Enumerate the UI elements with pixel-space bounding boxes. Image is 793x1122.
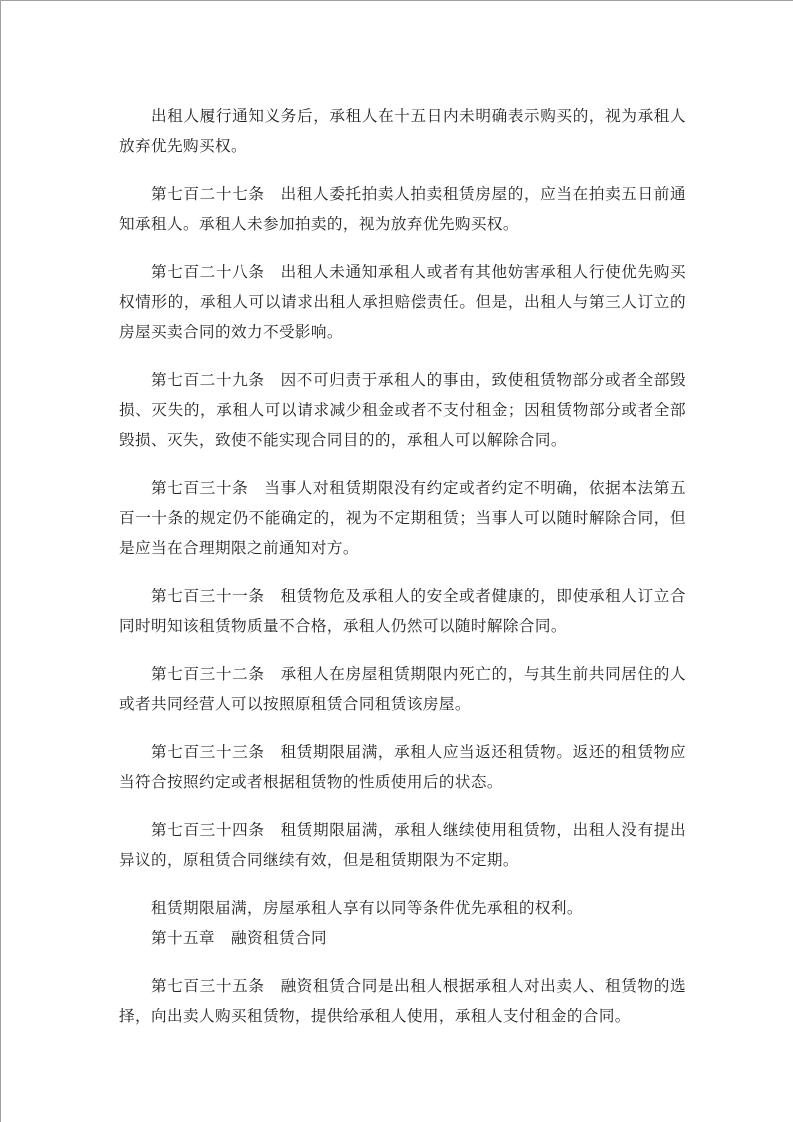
document-page: 出租人履行通知义务后，承租人在十五日内未明确表示购买的，视为承租人放弃优先购买权… [0,0,793,1122]
article-number: 第七百二十九条 [151,371,265,389]
chapter-title: 融资租赁合同 [231,929,327,947]
article-733: 第七百三十三条租赁期限届满，承租人应当返还租赁物。返还的租赁物应当符合按照约定或… [119,737,686,797]
document-body: 出租人履行通知义务后，承租人在十五日内未明确表示购买的，视为承租人放弃优先购买权… [119,101,686,1049]
article-number: 第七百三十条 [151,479,248,497]
chapter-heading: 第十五章融资租赁合同 [119,923,686,953]
paragraph-text: 租赁期限届满，房屋承租人享有以同等条件优先承租的权利。 [151,899,583,917]
article-727: 第七百二十七条出租人委托拍卖人拍卖租赁房屋的，应当在拍卖五日前通知承租人。承租人… [119,179,686,239]
article-731: 第七百三十一条租赁物危及承租人的安全或者健康的，即使承租人订立合同时明知该租赁物… [119,581,686,641]
article-730: 第七百三十条当事人对租赁期限没有约定或者约定不明确，依据本法第五百一十条的规定仍… [119,473,686,563]
article-number: 第七百二十八条 [151,263,265,281]
article-735: 第七百三十五条融资租赁合同是出租人根据承租人对出卖人、租赁物的选择，向出卖人购买… [119,971,686,1031]
article-number: 第七百三十五条 [151,977,265,995]
paragraph: 出租人履行通知义务后，承租人在十五日内未明确表示购买的，视为承租人放弃优先购买权… [119,101,686,161]
article-728: 第七百二十八条出租人未通知承租人或者有其他妨害承租人行使优先购买权情形的，承租人… [119,257,686,347]
article-number: 第七百三十一条 [151,587,265,605]
article-number: 第七百三十二条 [151,665,265,683]
article-734: 第七百三十四条租赁期限届满，承租人继续使用租赁物，出租人没有提出异议的，原租赁合… [119,815,686,875]
paragraph: 租赁期限届满，房屋承租人享有以同等条件优先承租的权利。 [119,893,686,923]
paragraph-text: 出租人履行通知义务后，承租人在十五日内未明确表示购买的，视为承租人放弃优先购买权… [119,107,686,155]
article-number: 第七百二十七条 [151,185,265,203]
chapter-number: 第十五章 [151,929,215,947]
article-number: 第七百三十三条 [151,743,265,761]
article-729: 第七百二十九条因不可归责于承租人的事由，致使租赁物部分或者全部毁损、灭失的，承租… [119,365,686,455]
article-732: 第七百三十二条承租人在房屋租赁期限内死亡的，与其生前共同居住的人或者共同经营人可… [119,659,686,719]
article-number: 第七百三十四条 [151,821,265,839]
